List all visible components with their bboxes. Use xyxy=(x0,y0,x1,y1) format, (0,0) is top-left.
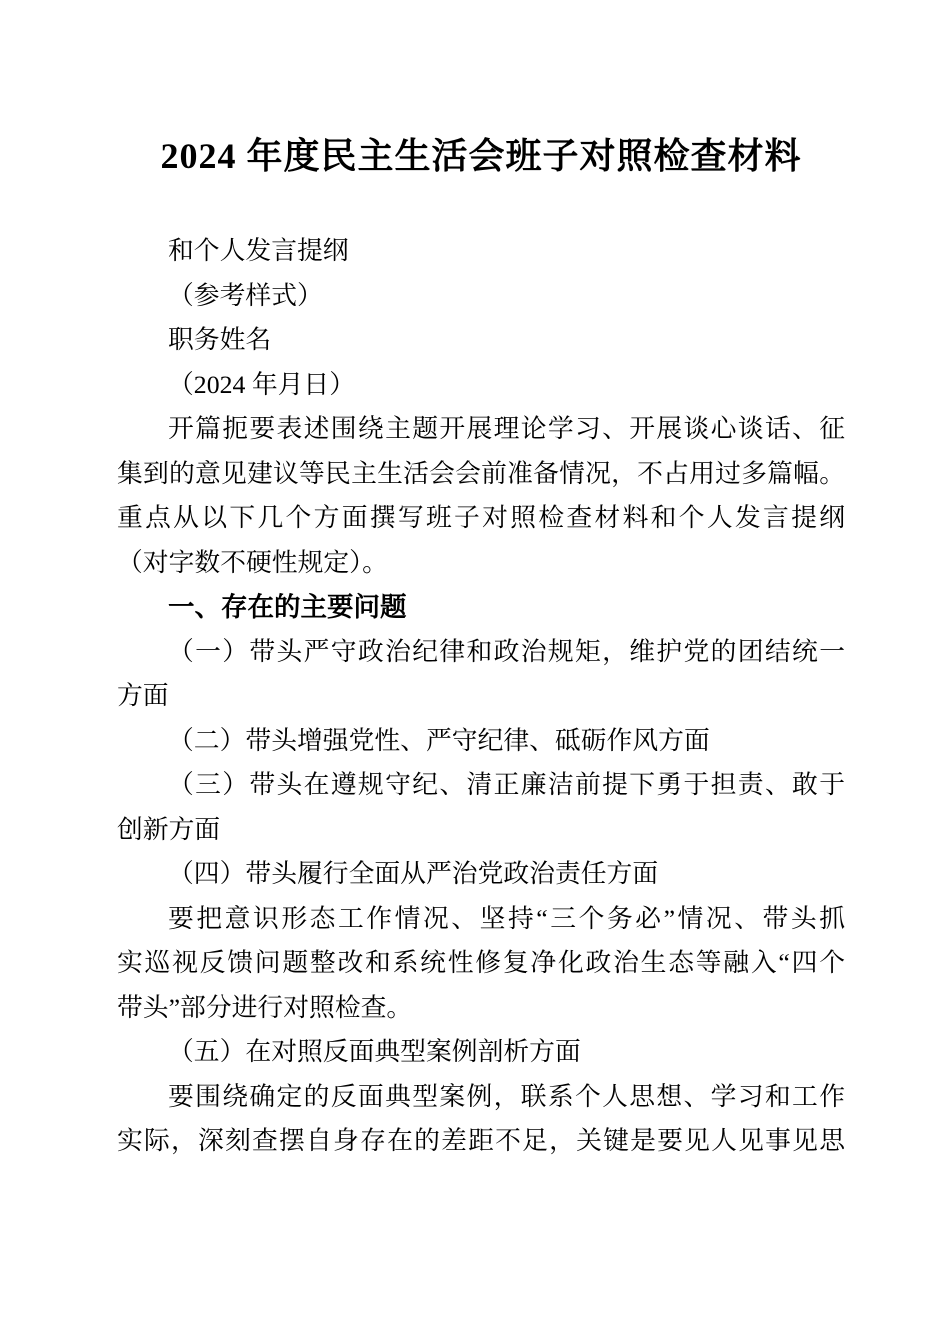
date-line: （2024 年月日） xyxy=(117,363,845,408)
style-note-line: （参考样式） xyxy=(117,274,845,319)
item-3-line-2: 创新方面 xyxy=(117,808,845,853)
item-5-note-line-2: 实际，深刻查摆自身存在的差距不足，关键是要见人见事见思 xyxy=(117,1119,845,1164)
item-4-note-line-2: 实巡视反馈问题整改和系统性修复净化政治生态等融入“四个 xyxy=(117,941,845,986)
document-content: 2024 年度民主生活会班子对照检查材料 和个人发言提纲 （参考样式） 职务姓名… xyxy=(117,129,845,1164)
item-3-line-1: （三）带头在遵规守纪、清正廉洁前提下勇于担责、敢于 xyxy=(117,763,845,808)
intro-line-2: 集到的意见建议等民主生活会会前准备情况，不占用过多篇幅。 xyxy=(117,452,845,497)
item-4-note-line-3: 带头”部分进行对照检查。 xyxy=(117,986,845,1031)
intro-line-3: 重点从以下几个方面撰写班子对照检查材料和个人发言提纲 xyxy=(117,496,845,541)
item-2-line: （二）带头增强党性、严守纪律、砥砺作风方面 xyxy=(117,719,845,764)
subtitle-line: 和个人发言提纲 xyxy=(117,229,845,274)
item-4-note-line-1: 要把意识形态工作情况、坚持“三个务必”情况、带头抓 xyxy=(117,897,845,942)
item-1-line-2: 方面 xyxy=(117,674,845,719)
document-title: 2024 年度民主生活会班子对照检查材料 xyxy=(117,129,845,184)
item-4-line: （四）带头履行全面从严治党政治责任方面 xyxy=(117,852,845,897)
intro-line-1: 开篇扼要表述围绕主题开展理论学习、开展谈心谈话、征 xyxy=(117,407,845,452)
item-5-note-line-1: 要围绕确定的反面典型案例，联系个人思想、学习和工作 xyxy=(117,1075,845,1120)
section-1-heading: 一、存在的主要问题 xyxy=(117,585,845,630)
document-page: 2024 年度民主生活会班子对照检查材料 和个人发言提纲 （参考样式） 职务姓名… xyxy=(0,0,950,1344)
intro-line-4: （对字数不硬性规定）。 xyxy=(117,541,845,586)
item-5-line: （五）在对照反面典型案例剖析方面 xyxy=(117,1030,845,1075)
item-1-line-1: （一）带头严守政治纪律和政治规矩，维护党的团结统一 xyxy=(117,630,845,675)
position-name-line: 职务姓名 xyxy=(117,318,845,363)
